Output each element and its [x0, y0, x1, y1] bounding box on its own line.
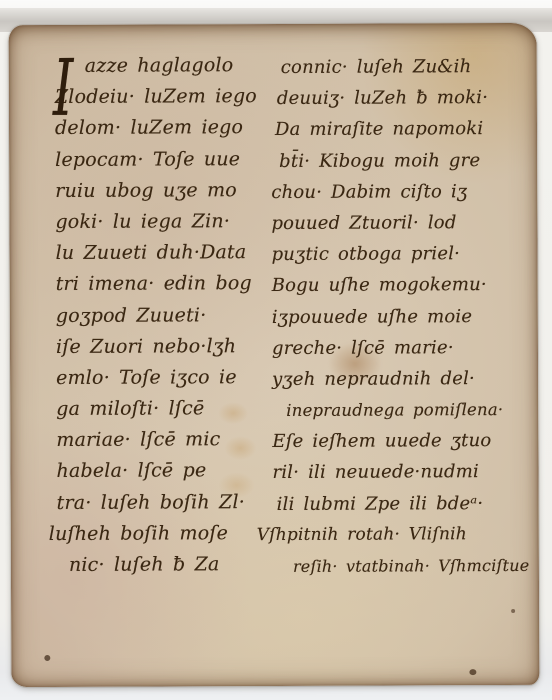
manuscript-line: chou· Dabim ciſto iʒ [267, 176, 528, 208]
manuscript-line: iʒpouuede uſhe moie [268, 300, 529, 332]
text-column-left: I azze haglagolo Zlodeiu· luZem iego del… [47, 50, 259, 581]
manuscript-line: tra· luſeh boſih Zl· [49, 487, 259, 519]
manuscript-line: pouued Ztuoril· lod [267, 207, 528, 239]
manuscript-line: reſih· vtatbinah· Vſhmciſtue [269, 550, 530, 582]
manuscript-line: lu Zuueti duh·Data [47, 237, 257, 269]
manuscript-line: I azze haglagolo [47, 50, 257, 82]
manuscript-line: ruiu ubog uʒe mo [47, 175, 257, 207]
manuscript-line: habela· lſcē pe [48, 456, 258, 488]
manuscript-line: goʒpod Zuueti· [48, 300, 258, 332]
manuscript-line: Vſhpitnih rotah· Vliſnih [253, 519, 530, 551]
manuscript-line-text: azze haglagolo [85, 54, 234, 77]
manuscript-line: Zlodeiu· luZem iego [47, 81, 257, 113]
manuscript-line: mariae· lſcē mic [48, 424, 258, 456]
initial-capital: I [53, 50, 74, 128]
manuscript-line: ga miloſti· lſcē [48, 393, 258, 425]
manuscript-line: deuuiʒ· luZeh ƀ moki· [267, 82, 528, 114]
manuscript-line: Bogu uſhe mogokemu· [268, 269, 529, 301]
manuscript-line: connic· luſeh Zu&ih [267, 51, 528, 83]
manuscript-line: iſe Zuori nebo·lʒh [48, 331, 258, 363]
manuscript-line: tri imena· edin bog [48, 268, 258, 300]
manuscript-photo: I azze haglagolo Zlodeiu· luZem iego del… [0, 0, 552, 700]
manuscript-line: delom· luZem iego [47, 112, 257, 144]
parchment-page: I azze haglagolo Zlodeiu· luZem iego del… [9, 23, 540, 687]
manuscript-line: Eſe ieſhem uuede ʒtuo [268, 425, 529, 457]
manuscript-line: puʒtic otboga priel· [267, 238, 528, 270]
manuscript-line: inepraudnega pomiſlena· [268, 394, 529, 426]
manuscript-line: ril· ili neuuede·nudmi [268, 456, 529, 488]
manuscript-line: goki· lu iega Zin· [47, 206, 257, 238]
manuscript-line: ili lubmi Zpe ili bdeᵃ· [269, 488, 530, 520]
manuscript-line: luſheh boſih moſe [49, 518, 259, 550]
text-column-right: connic· luſeh Zu&ih deuuiʒ· luZeh ƀ moki… [267, 51, 530, 582]
manuscript-line: Da miraſite napomoki [267, 113, 528, 145]
manuscript-line: yʒeh nepraudnih del· [268, 363, 529, 395]
manuscript-line: nic· luſeh ƀ Za [49, 549, 259, 581]
manuscript-line: emlo· Toſe iʒco ie [48, 362, 258, 394]
manuscript-text: I azze haglagolo Zlodeiu· luZem iego del… [9, 23, 540, 687]
manuscript-line: bt̄i· Kibogu moih gre [267, 144, 528, 176]
manuscript-line: greche· lſcē marie· [268, 332, 529, 364]
manuscript-line: lepocam· Toſe uue [47, 144, 257, 176]
